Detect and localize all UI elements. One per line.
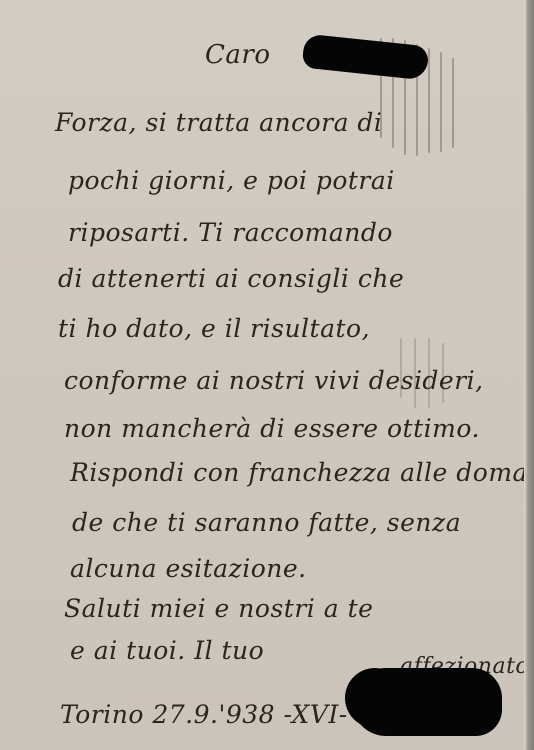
letter-line-12: e ai tuoi. Il tuo — [70, 636, 264, 665]
letter-line-4: di attenerti ai consigli che — [58, 264, 404, 293]
redacted-signature-blot — [345, 668, 405, 728]
place-and-date: Torino 27.9.'938 -XVI- — [60, 700, 348, 729]
postcard: Caro Forza, si tratta ancora di pochi gi… — [0, 0, 524, 750]
letter-line-11: Saluti miei e nostri a te — [64, 594, 373, 623]
letter-line-2: pochi giorni, e poi potrai — [68, 166, 395, 195]
letter-line-7: non mancherà di essere ottimo. — [64, 414, 480, 443]
letter-line-3: riposarti. Ti raccomando — [68, 218, 393, 247]
postmark-cancellation-lines — [380, 38, 480, 458]
salutation: Caro — [205, 40, 270, 70]
letter-line-10: alcuna esitazione. — [70, 554, 307, 583]
letter-line-5: ti ho dato, e il risultato, — [58, 314, 370, 343]
card-edge-shadow — [524, 0, 534, 750]
letter-line-9: de che ti saranno fatte, senza — [72, 508, 461, 537]
letter-line-8: Rispondi con franchezza alle doman- — [70, 458, 524, 487]
letter-line-6: conforme ai nostri vivi desideri, — [64, 366, 484, 395]
redacted-recipient-name — [302, 34, 430, 81]
letter-line-1: Forza, si tratta ancora di — [55, 108, 382, 137]
